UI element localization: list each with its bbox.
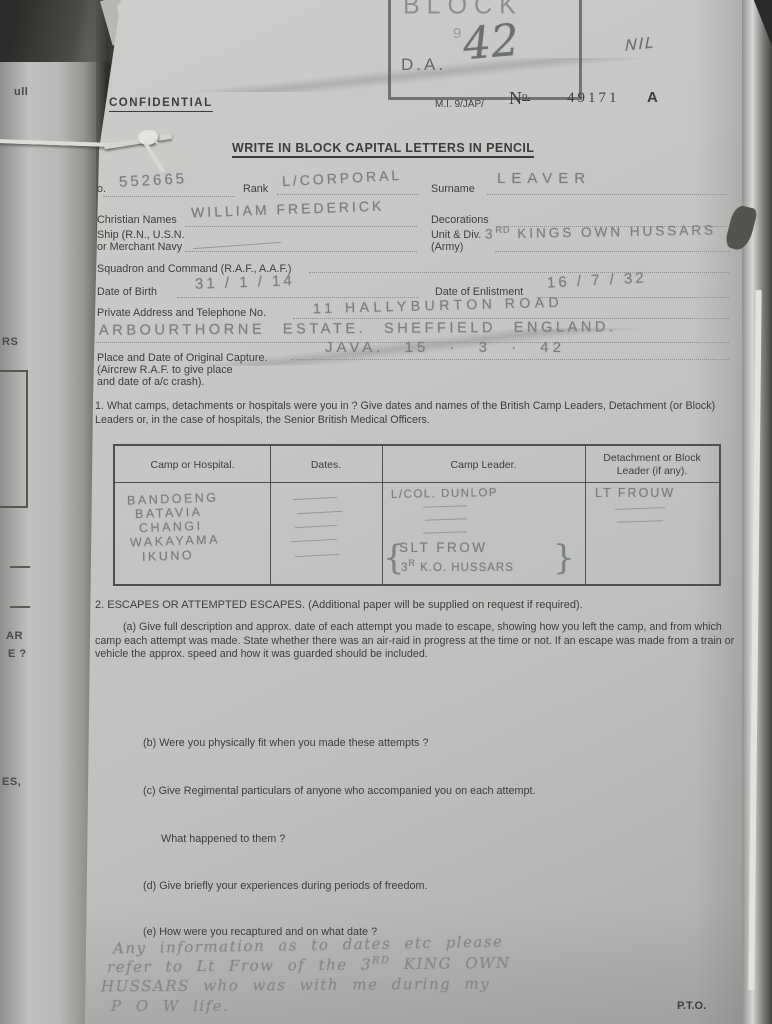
form-suffix: A	[647, 89, 658, 106]
table-header-line	[115, 482, 719, 483]
write-line	[103, 196, 235, 197]
note-line2-pre: refer to Lt Frow of the 3	[107, 955, 372, 976]
question-b: (b) Were you physically fit when you mad…	[143, 737, 428, 749]
camps-table: Camp or Hospital. Dates. Camp Leader. De…	[113, 444, 721, 586]
field-ship-label2: or Merchant Navy	[97, 241, 182, 253]
field-christian-names-label: Christian Names	[97, 214, 177, 226]
write-line	[487, 194, 727, 195]
number-label: No.	[509, 88, 530, 109]
edge-fragment: AR	[6, 630, 23, 642]
unit-sup: RD	[495, 225, 510, 235]
note-line2-rest: KING OWN	[390, 954, 510, 973]
field-christian-names-value: WILLIAM FREDERICK	[191, 198, 385, 221]
field-decorations-label: Decorations	[431, 214, 489, 226]
edge-fragment: ES,	[2, 776, 21, 788]
question-c2: What happened to them ?	[161, 833, 285, 845]
note-line2-sup: RD	[372, 955, 391, 966]
field-capture-label: Place and Date of Original Capture.	[97, 352, 267, 364]
stamp-da-label: D.A.	[401, 55, 446, 75]
number-label-o: o.	[522, 90, 530, 102]
camp-leader-entry: L/COL. DUNLOP	[391, 487, 498, 501]
write-line	[309, 272, 729, 273]
field-dob-value: 31 / 1 / 14	[195, 272, 295, 292]
scanned-document-photo: ull RS AR E ? ES, CONFIDENTIAL BLOCK 9 D…	[0, 0, 772, 1024]
field-no-label: o.	[97, 183, 106, 195]
write-line	[185, 226, 417, 227]
field-rank-value: L/CORPORAL	[282, 167, 403, 189]
field-no-value: 552665	[119, 170, 188, 191]
camp-leader-note2: 3R K.O. HUSSARS	[401, 558, 514, 574]
questionnaire-page: CONFIDENTIAL BLOCK 9 D.A. 42 NIL M.I. 9/…	[85, 0, 747, 1024]
edge-table-outline	[0, 370, 28, 508]
ditto-dash	[423, 531, 467, 534]
field-address-label: Private Address and Telephone No.	[97, 307, 266, 319]
field-capture-label2: (Aircrew R.A.F. to give place	[97, 364, 233, 376]
write-line	[293, 318, 729, 319]
field-dob-label: Date of Birth	[97, 286, 157, 298]
edge-fragment: ull	[14, 86, 28, 98]
brace-right: }	[553, 538, 575, 578]
ditto-dash	[295, 525, 337, 528]
field-rank-label: Rank	[243, 183, 268, 195]
ditto-dash	[297, 511, 343, 514]
pencil-dash	[193, 242, 281, 249]
handwritten-note-line4: P O W life.	[111, 997, 229, 1015]
ditto-dash	[293, 497, 337, 500]
stamp-mid-mark: 9	[453, 25, 461, 42]
camp-entry: WAKAYAMA	[130, 532, 220, 549]
classification-label: CONFIDENTIAL	[109, 97, 213, 112]
question-1-text: 1. What camps, detachments or hospitals …	[95, 400, 733, 427]
edge-fragment: E ?	[8, 648, 27, 660]
ditto-dash	[295, 554, 339, 557]
ditto-dash	[423, 505, 467, 508]
table-column-line	[585, 446, 586, 584]
field-surname-label: Surname	[431, 183, 475, 195]
field-ship-label: Ship (R.N., U.S.N.	[97, 229, 185, 241]
field-capture-label3: and date of a/c crash).	[97, 376, 204, 388]
number-label-n: N	[509, 88, 522, 108]
field-unit-value: 3RD KINGS OWN HUSSARS	[485, 221, 716, 242]
ditto-dash	[617, 520, 663, 523]
note2-sup: R	[408, 558, 416, 568]
detachment-leader-entry: LT FROUW	[595, 486, 675, 500]
page-stack-edge	[0, 0, 96, 1024]
stamp-number-handwritten: 42	[461, 15, 521, 71]
pto-label: P.T.O.	[677, 1000, 706, 1012]
write-line	[495, 251, 729, 252]
censor-stamp: BLOCK 9 D.A. 42	[388, 0, 582, 100]
field-unit-label: Unit & Div.	[431, 229, 481, 241]
ditto-dash	[425, 518, 467, 520]
ditto-dash	[291, 539, 337, 542]
camp-entry: IKUNO	[142, 548, 195, 564]
unit-num: 3	[485, 226, 496, 241]
handwritten-note-line3: HUSSARS who was with me during my	[101, 975, 490, 996]
edge-dash	[10, 606, 30, 608]
field-capture-value: JAVA. 15 · 3 · 42	[325, 339, 565, 356]
note2-rest: K.O. HUSSARS	[416, 562, 514, 574]
field-surname-value: LEAVER	[497, 170, 591, 187]
table-header-camp: Camp or Hospital.	[115, 459, 270, 472]
write-line	[291, 359, 729, 360]
write-line	[277, 194, 419, 195]
table-header-detachment: Detachment or Block Leader (if any).	[589, 452, 715, 477]
nil-annotation: NIL	[625, 34, 656, 56]
table-header-dates: Dates.	[270, 459, 382, 472]
form-reference: M.I. 9/JAP/	[435, 99, 484, 110]
table-header-leader: Camp Leader.	[382, 459, 585, 472]
section2-para-a: (a) Give full description and approx. da…	[95, 621, 739, 662]
write-line	[185, 251, 417, 252]
section2-heading: 2. ESCAPES OR ATTEMPTED ESCAPES. (Additi…	[95, 599, 737, 613]
ditto-dash	[615, 507, 665, 510]
write-line	[537, 297, 729, 298]
camp-leader-note: SLT FROW	[399, 540, 488, 555]
unit-rest: KINGS OWN HUSSARS	[510, 222, 716, 241]
form-number: 49171	[567, 90, 620, 107]
edge-dash	[10, 566, 30, 568]
instruction-heading: WRITE IN BLOCK CAPITAL LETTERS IN PENCIL	[232, 141, 534, 158]
question-d: (d) Give briefly your experiences during…	[143, 880, 427, 892]
edge-fragment: RS	[2, 336, 18, 348]
question-c: (c) Give Regimental particulars of anyon…	[143, 785, 536, 797]
field-unit-label2: (Army)	[431, 241, 463, 253]
